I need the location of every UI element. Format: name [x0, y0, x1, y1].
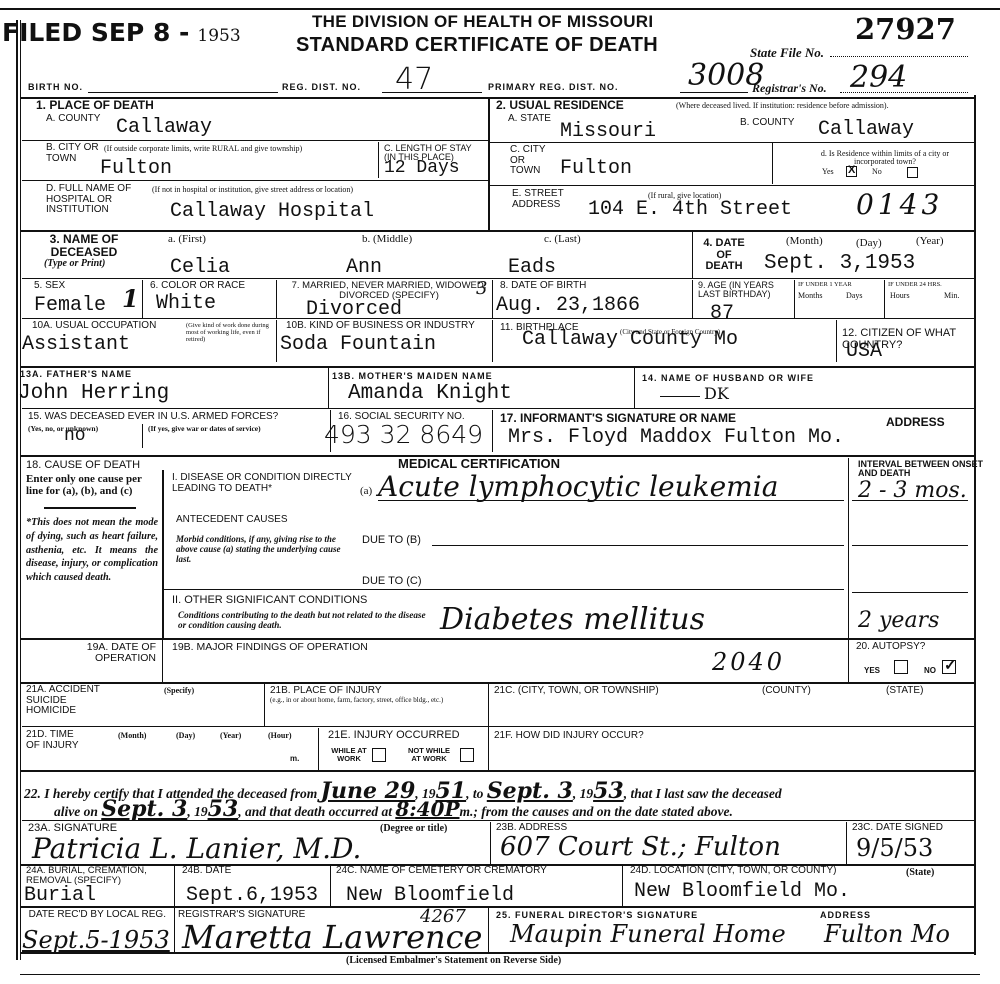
date-received: Sept.5-1953 — [22, 926, 170, 954]
degree-label: (Degree or title) — [380, 824, 447, 835]
operation-findings-label: 19b. MAJOR FINDINGS OF OPERATION — [172, 642, 368, 653]
divider — [22, 140, 488, 141]
cause-c-line — [164, 589, 844, 590]
divider — [330, 866, 331, 906]
disposition-method: Burial — [24, 884, 96, 907]
armed-forces: no — [64, 426, 86, 446]
min-label: Min. — [944, 292, 959, 300]
armed-forces-war-note: (If yes, give war or dates of service) — [148, 425, 261, 433]
res-county: Callaway — [818, 118, 914, 141]
res-state: Missouri — [560, 120, 656, 143]
disposition-method-label: 24a. BURIAL, CREMATION, REMOVAL (Specify… — [26, 866, 176, 886]
registrar-no: 294 — [850, 60, 907, 95]
divider — [20, 770, 976, 772]
operation-date-label: 19a. DATE OF OPERATION — [26, 642, 156, 664]
divider — [846, 822, 847, 864]
interval-b-line — [852, 545, 968, 546]
divider — [22, 726, 974, 727]
due-to-b-label: DUE TO (b) — [362, 535, 421, 547]
divider — [492, 410, 493, 452]
divider — [490, 185, 974, 186]
divider — [174, 866, 175, 906]
cert-text-4: , and that death occurred at — [238, 804, 392, 819]
filed-stamp: FILED SEP 8 - 1953 — [2, 18, 241, 47]
registrar-no-line — [840, 92, 968, 93]
mother-name-label: 13b. MOTHER'S MAIDEN NAME — [332, 372, 493, 381]
place-of-death-label: 1. PLACE OF DEATH — [36, 99, 154, 112]
middle-name: Ann — [346, 256, 382, 279]
birth-no-label: BIRTH NO. — [28, 83, 83, 92]
divider — [488, 908, 489, 952]
res-city: Fulton — [560, 157, 632, 180]
divider — [622, 866, 623, 906]
funeral-director-address: Fulton Mo — [824, 920, 950, 948]
race-label: 6. COLOR OR RACE — [150, 281, 245, 292]
autopsy-label: 20. AUTOPSY? — [856, 642, 925, 653]
divider — [276, 280, 277, 318]
last-seen-year: 53 — [208, 796, 239, 822]
birthplace: Callaway County Mo — [522, 328, 738, 351]
occupation-label: 10a. USUAL OCCUPATION — [32, 321, 156, 332]
sex: Female — [34, 294, 106, 317]
sex-code: 1 — [122, 284, 139, 313]
medical-cert-heading: MEDICAL CERTIFICATION — [398, 457, 560, 471]
death-city-note: (If outside corporate limits, write RURA… — [104, 145, 374, 153]
divider — [276, 320, 277, 362]
race: White — [156, 292, 216, 315]
date-signed: 9/5/53 — [856, 834, 933, 862]
divider — [20, 952, 976, 954]
usual-residence-label: 2. USUAL RESIDENCE — [496, 99, 624, 112]
spouse-dash — [660, 396, 700, 397]
divider — [22, 820, 974, 821]
autopsy-yes-checkbox[interactable] — [894, 660, 908, 674]
physician-address: 607 Court St.; Fulton — [500, 832, 781, 862]
divider — [836, 320, 837, 362]
citizenship: USA — [846, 340, 882, 363]
left-border-inner — [20, 20, 21, 960]
divider — [492, 280, 493, 318]
cause-instructions: Enter only one cause per line for (a), (… — [26, 474, 158, 497]
armed-forces-label: 15. WAS DECEASED EVER IN U.S. ARMED FORC… — [28, 412, 278, 423]
last-name-label: c. (Last) — [544, 234, 581, 246]
cause-a-line — [378, 500, 844, 501]
last-seen-date: Sept. 3 — [101, 796, 187, 822]
death-city: Fulton — [100, 157, 172, 180]
divider — [20, 682, 976, 684]
divider — [692, 280, 693, 318]
injury-month-label: (Month) — [118, 732, 146, 740]
within-limits-label: d. Is Residence within limits of a city … — [800, 150, 970, 167]
divider — [692, 232, 693, 278]
injury-county-label: (COUNTY) — [762, 686, 811, 697]
spouse-name: DK — [704, 384, 729, 403]
injury-city-label: 21c. (CITY, TOWN, OR TOWNSHIP) — [494, 686, 659, 697]
within-limits-yes-checkbox[interactable]: X — [846, 166, 857, 177]
burial-state-label: (State) — [906, 868, 934, 879]
divider — [634, 368, 635, 408]
burial-location: New Bloomfield Mo. — [634, 880, 850, 903]
social-security-number: 493 32 8649 — [324, 420, 483, 449]
injury-place-label: 21b. PLACE OF INJURY — [270, 686, 382, 697]
interval-a-line — [852, 500, 968, 501]
check-mark-icon: ✓ — [944, 656, 957, 674]
dod-month-label: (Month) — [786, 236, 823, 248]
cause-a-label: (a) — [360, 486, 372, 498]
mother-maiden-name: Amanda Knight — [348, 382, 512, 405]
divider — [318, 728, 319, 770]
divider — [20, 906, 976, 908]
res-city-label: c. CITY OR TOWN — [510, 145, 550, 177]
divider — [142, 424, 143, 448]
injury-place-note: (e.g., in or about home, farm, factory, … — [270, 697, 480, 704]
interval-other: 2 years — [858, 608, 939, 633]
cert-sep-3: , 19 — [187, 804, 207, 819]
divider — [162, 470, 164, 640]
father-name: John Herring — [18, 382, 169, 405]
divider — [848, 640, 849, 682]
antecedent-note: Morbid conditions, if any, giving rise t… — [176, 535, 356, 565]
date-of-death: Sept. 3,1953 — [764, 252, 915, 275]
within-limits-no-label: No — [872, 168, 882, 176]
filed-stamp-text: FILED SEP 8 - — [2, 18, 189, 47]
state-file-line — [830, 56, 968, 57]
reg-dist-label: REG. DIST. NO. — [282, 83, 361, 92]
dod-day-label: (Day) — [856, 238, 882, 250]
operation-code: 2040 — [712, 648, 785, 676]
divider — [848, 458, 849, 640]
first-name: Celia — [170, 256, 230, 279]
divider — [20, 366, 976, 368]
business: Soda Fountain — [280, 333, 436, 356]
footer-note: (Licensed Embalmer's Statement on Revers… — [346, 956, 561, 967]
antecedent-causes-label: ANTECEDENT CAUSES — [176, 515, 288, 526]
injury-occurred-label: 21e. INJURY OCCURRED — [328, 730, 460, 742]
age-label: 9. AGE (In years last birthday) — [698, 281, 794, 300]
injury-hour-label: (Hour) — [268, 732, 292, 740]
deceased-name-label: 3. NAME OF DECEASED — [34, 233, 134, 258]
street-label: e. STREET ADDRESS — [512, 189, 582, 210]
disposition-date-label: 24b. DATE — [182, 866, 231, 877]
divider — [490, 142, 974, 143]
injury-how-label: 21f. HOW DID INJURY OCCUR? — [494, 731, 644, 742]
header-division: THE DIVISION OF HEALTH OF MISSOURI — [312, 12, 653, 32]
divider — [162, 640, 163, 682]
at-work-checkbox[interactable] — [372, 748, 386, 762]
cert-text-3: alive on — [54, 804, 98, 819]
date-of-death-label: 4. DATE OF DEATH — [702, 238, 746, 273]
left-border — [16, 20, 18, 960]
death-city-label: b. CITY OR TOWN — [46, 143, 106, 164]
cert-text-5: m.; from the causes and on the date stat… — [460, 804, 733, 819]
divider — [22, 318, 974, 319]
informant-name-address: Mrs. Floyd Maddox Fulton Mo. — [508, 426, 844, 449]
occupation: Assistant — [22, 333, 130, 356]
injury-time-label: 21d. TIME OF INJURY — [26, 730, 86, 751]
divider — [490, 822, 491, 864]
primary-reg-dist-label: PRIMARY REG. DIST. NO. — [488, 83, 619, 92]
disposition-date: Sept.6,1953 — [186, 884, 318, 907]
interval-c-line — [852, 592, 968, 593]
registrar-no-label: Registrar's No. — [752, 81, 827, 96]
interval-label: INTERVAL BETWEEN ONSET AND DEATH — [858, 460, 1000, 479]
date-received-label: DATE REC'D BY LOCAL REG. — [26, 910, 166, 921]
under-24-hrs-label: IF UNDER 24 HRS. — [888, 282, 974, 289]
date-signed-label: 23c. DATE SIGNED — [852, 823, 943, 834]
right-border — [974, 95, 976, 955]
at-work-label: WHILE AT WORK — [328, 747, 370, 763]
under-1-year-label: IF UNDER 1 YEAR — [798, 282, 878, 289]
funeral-director-signature: Maupin Funeral Home — [510, 920, 786, 948]
divider — [488, 684, 489, 770]
street-address: 104 E. 4th Street — [588, 198, 792, 221]
divider — [174, 908, 175, 952]
other-conditions: Diabetes mellitus — [440, 602, 705, 637]
other-conditions-label: II. OTHER SIGNIFICANT CONDITIONS — [172, 595, 367, 607]
divider — [884, 280, 885, 318]
business-label: 10b. KIND OF BUSINESS OR INDUSTRY — [286, 321, 486, 332]
state-file-number: 27927 — [855, 12, 956, 46]
cause-rule — [44, 507, 136, 509]
birth-no-line — [88, 92, 278, 93]
within-limits-yes-label: Yes — [822, 168, 834, 176]
cause-of-death-label: 18. CAUSE OF DEATH — [26, 460, 140, 472]
not-at-work-checkbox[interactable] — [460, 748, 474, 762]
length-of-stay: 12 Days — [384, 158, 460, 178]
autopsy-no-label: NO — [924, 667, 936, 675]
deceased-name-note: (Type or Print) — [44, 258, 105, 269]
cause-a: Acute lymphocytic leukemia — [378, 470, 778, 503]
occupation-note: (Give kind of work done during most of w… — [186, 323, 276, 343]
last-name: Eads — [508, 256, 556, 279]
divider — [22, 408, 974, 409]
death-time: 8:40P — [395, 797, 459, 821]
autopsy-yes-label: YES — [864, 667, 880, 675]
check-mark-icon: X — [848, 164, 855, 176]
divider — [20, 230, 976, 232]
divider — [772, 142, 773, 184]
divider — [22, 180, 488, 181]
res-county-label: b. COUNTY — [740, 118, 794, 129]
days-label: Days — [846, 292, 862, 300]
within-limits-no-checkbox[interactable] — [907, 167, 918, 178]
registrar-code: 4267 — [420, 906, 466, 927]
death-county: Callaway — [116, 116, 212, 139]
divider — [264, 684, 265, 726]
injury-state-label: (STATE) — [886, 686, 923, 697]
age: 87 — [710, 302, 734, 325]
col-divider-1-2 — [488, 98, 490, 230]
autopsy-no-checkbox[interactable]: ✓ — [942, 660, 956, 674]
primary-reg-dist-line — [680, 92, 748, 93]
hospital-note: (If not in hospital or institution, give… — [152, 186, 482, 194]
injury-year-label: (Year) — [220, 732, 241, 740]
informant-label: 17. INFORMANT'S SIGNATURE OR NAME — [500, 412, 736, 425]
marital-code: 3 — [476, 278, 487, 299]
physician-signature: Patricia L. Lanier, M.D. — [32, 832, 361, 865]
filed-stamp-year: 1953 — [197, 26, 240, 46]
top-border — [0, 8, 1000, 10]
divider — [492, 320, 493, 362]
sex-label: 5. SEX — [34, 281, 65, 292]
spouse-name-label: 14. NAME OF HUSBAND OR WIFE — [642, 374, 814, 383]
bottom-border — [20, 974, 980, 975]
not-at-work-label: NOT WHILE AT WORK — [404, 747, 454, 763]
injury-day-label: (Day) — [176, 732, 195, 740]
hospital-label: d. FULL NAME OF HOSPITAL OR INSTITUTION — [46, 184, 156, 216]
father-name-label: 13a. FATHER'S NAME — [20, 370, 132, 379]
divider — [328, 368, 329, 408]
street-code: 0143 — [856, 188, 943, 221]
burial-location-label: 24d. LOCATION (City, town, or county) — [630, 866, 837, 877]
hospital-name: Callaway Hospital — [170, 200, 374, 223]
cemetery-name: New Bloomfield — [346, 884, 514, 907]
divider — [142, 280, 143, 318]
injury-type-specify: (Specify) — [164, 687, 194, 695]
informant-address-label: ADDRESS — [886, 416, 945, 429]
months-label: Months — [798, 292, 822, 300]
divider — [22, 278, 974, 279]
first-name-label: a. (First) — [168, 234, 206, 246]
page-title: STANDARD CERTIFICATE OF DEATH — [296, 34, 658, 57]
injury-m-label: m. — [290, 755, 299, 763]
part1-label: I. DISEASE OR CONDITION DIRECTLY LEADING… — [172, 473, 362, 494]
usual-residence-note: (Where deceased lived. If institution: r… — [676, 102, 976, 110]
res-state-label: a. STATE — [508, 114, 551, 125]
date-of-birth: Aug. 23,1866 — [496, 294, 640, 317]
divider — [794, 280, 795, 318]
other-conditions-note: Conditions contributing to the death but… — [178, 610, 428, 630]
cause-footnote: *This does not mean the mode of dying, s… — [26, 516, 158, 585]
middle-name-label: b. (Middle) — [362, 234, 412, 246]
certification-line-2: alive on Sept. 3, 1953, and that death o… — [54, 796, 733, 822]
death-county-label: a. COUNTY — [46, 114, 100, 125]
dob-label: 8. DATE OF BIRTH — [500, 281, 586, 292]
divider — [20, 638, 976, 640]
injury-type-label: 21a. ACCIDENT SUICIDE HOMICIDE — [26, 685, 116, 717]
cemetery-label: 24c. NAME OF CEMETERY OR CREMATORY — [336, 866, 547, 877]
divider — [378, 142, 379, 178]
due-to-c-label: DUE TO (c) — [362, 576, 422, 588]
reg-dist-line — [382, 92, 482, 93]
cause-b-line — [432, 545, 844, 546]
hours-label: Hours — [890, 292, 910, 300]
dod-year-label: (Year) — [916, 236, 944, 248]
